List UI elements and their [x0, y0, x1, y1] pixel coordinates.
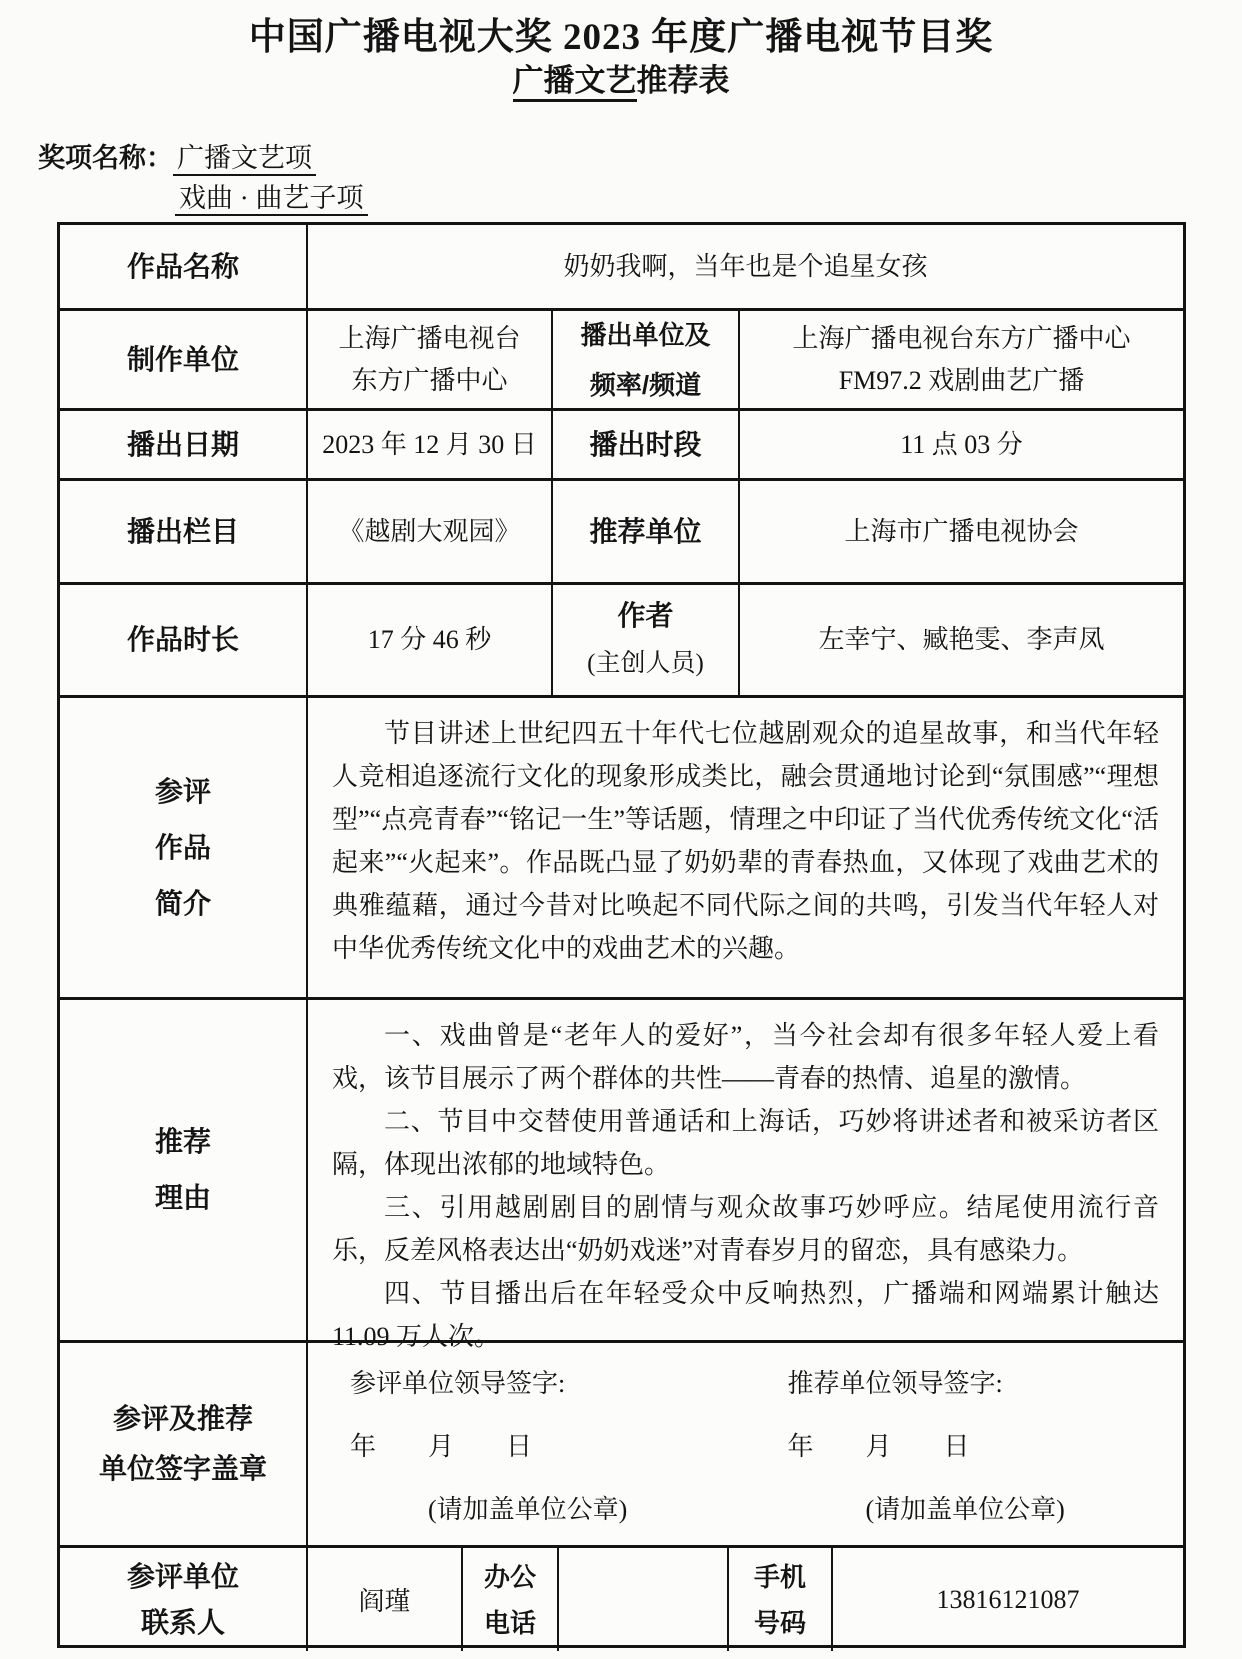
subtitle-rest-part: 推荐表 — [637, 63, 730, 98]
air-date-label-cell: 播出日期 — [60, 411, 306, 478]
broadcaster-value-cell: 上海广播电视台东方广播中心 FM97.2 戏剧曲艺广播 — [738, 311, 1183, 408]
producer-label: 制作单位 — [127, 336, 239, 384]
time-slot-value-cell: 11 点 03 分 — [738, 411, 1183, 478]
author-label: 作者 — [617, 599, 673, 633]
entrant-sign-label: 参评单位领导签字: — [350, 1363, 746, 1400]
table-row-air-date: 播出日期 2023 年 12 月 30 日 播出时段 11 点 03 分 — [60, 411, 1183, 481]
synopsis-label-line2: 作品 — [155, 820, 211, 876]
contact-label-line1: 参评单位 — [127, 1554, 239, 1600]
air-date-value-cell: 2023 年 12 月 30 日 — [306, 411, 551, 478]
contact-label-line2: 联系人 — [141, 1600, 225, 1646]
contact-name: 阎瑾 — [358, 1581, 410, 1618]
mobile-label: 手机 号码 — [754, 1554, 806, 1646]
mobile-value: 13816121087 — [937, 1585, 1080, 1615]
program-label: 播出栏目 — [127, 508, 239, 556]
air-date-value: 2023 年 12 月 30 日 — [322, 424, 537, 466]
work-title-label-cell: 作品名称 — [60, 225, 306, 308]
author-label-cell: 作者 (主创人员) — [551, 585, 738, 695]
reason-paragraph-1: 一、戏曲曾是“老年人的爱好”，当今社会却有很多年轻人爱上看戏，该节目展示了两个群… — [332, 1014, 1159, 1100]
authors-value: 左幸宁、臧艳雯、李声凤 — [818, 619, 1104, 661]
award-name-block: 奖项名称：广播文艺项 戏曲 · 曲艺子项 — [38, 138, 368, 218]
table-row-program: 播出栏目 《越剧大观园》 推荐单位 上海市广播电视协会 — [60, 481, 1183, 585]
reasons-label-line1: 推荐 — [155, 1114, 211, 1170]
table-row-signature: 参评及推荐 单位签字盖章 参评单位领导签字: 年 月 日 (请加盖单位公章) 推… — [60, 1343, 1183, 1548]
signature-label-cell: 参评及推荐 单位签字盖章 — [60, 1343, 306, 1545]
author-sub-label: (主创人员) — [587, 647, 704, 681]
recommender-value-cell: 上海市广播电视协会 — [738, 481, 1183, 582]
award-name-value2: 戏曲 · 曲艺子项 — [175, 183, 368, 216]
broadcaster-label: 播出单位及 频率/频道 — [580, 310, 710, 410]
synopsis-label-line1: 参评 — [155, 764, 211, 820]
program-value-cell: 《越剧大观园》 — [306, 481, 551, 582]
award-name-line1: 奖项名称：广播文艺项 — [38, 138, 368, 178]
recommender-sign-label: 推荐单位领导签字: — [788, 1363, 1184, 1400]
reasons-label-cell: 推荐 理由 — [60, 1000, 306, 1340]
duration-label: 作品时长 — [127, 616, 239, 664]
time-slot-label-cell: 播出时段 — [551, 411, 738, 478]
signature-content-cell: 参评单位领导签字: 年 月 日 (请加盖单位公章) 推荐单位领导签字: 年 月 … — [306, 1343, 1183, 1545]
recommender-seal-note: (请加盖单位公章) — [866, 1489, 1184, 1526]
office-phone-label-cell: 办公 电话 — [461, 1548, 557, 1651]
work-title-value: 奶奶我啊，当年也是个追星女孩 — [563, 246, 927, 288]
producer-value-cell: 上海广播电视台 东方广播中心 — [306, 311, 551, 408]
work-title-label: 作品名称 — [127, 243, 239, 291]
air-date-label: 播出日期 — [127, 421, 239, 469]
recommender-label-cell: 推荐单位 — [551, 481, 738, 582]
reasons-label-line2: 理由 — [155, 1170, 211, 1226]
authors-value-cell: 左幸宁、臧艳雯、李声凤 — [738, 585, 1183, 695]
duration-value: 17 分 46 秒 — [368, 619, 492, 661]
mobile-value-cell: 13816121087 — [831, 1548, 1183, 1651]
signature-label-line1: 参评及推荐 — [113, 1394, 253, 1444]
entrant-signature-column: 参评单位领导签字: 年 月 日 (请加盖单位公章) — [308, 1343, 746, 1545]
table-row-reasons: 推荐 理由 一、戏曲曾是“老年人的爱好”，当今社会却有很多年轻人爱上看戏，该节目… — [60, 1000, 1183, 1343]
synopsis-text: 节目讲述上世纪四五十年代七位越剧观众的追星故事，和当代年轻人竞相追逐流行文化的现… — [332, 712, 1159, 970]
signature-label-line2: 单位签字盖章 — [99, 1444, 267, 1494]
duration-label-cell: 作品时长 — [60, 585, 306, 695]
recommender-date-label: 年 月 日 — [788, 1426, 1184, 1463]
program-label-cell: 播出栏目 — [60, 481, 306, 582]
subtitle-underlined-part: 广播文艺 — [513, 63, 637, 102]
reason-paragraph-3: 三、引用越剧剧目的剧情与观众故事巧妙呼应。结尾使用流行音乐，反差风格表达出“奶奶… — [332, 1186, 1159, 1272]
table-row-work-title: 作品名称 奶奶我啊，当年也是个追星女孩 — [60, 225, 1183, 311]
synopsis-label-cell: 参评 作品 简介 — [60, 698, 306, 997]
program-value: 《越剧大观园》 — [338, 511, 520, 553]
page-subtitle: 广播文艺推荐表 — [0, 55, 1242, 100]
office-phone-label: 办公 电话 — [484, 1554, 536, 1646]
table-row-duration: 作品时长 17 分 46 秒 作者 (主创人员) 左幸宁、臧艳雯、李声凤 — [60, 585, 1183, 698]
reason-paragraph-2: 二、节目中交替使用普通话和上海话，巧妙将讲述者和被采访者区隔，体现出浓郁的地域特… — [332, 1100, 1159, 1186]
contact-label-cell: 参评单位 联系人 — [60, 1548, 306, 1651]
broadcaster-label-cell: 播出单位及 频率/频道 — [551, 311, 738, 408]
time-slot-label: 播出时段 — [589, 421, 701, 469]
contact-name-cell: 阎瑾 — [306, 1548, 461, 1651]
award-name-line2: 戏曲 · 曲艺子项 — [175, 178, 368, 218]
table-row-contact: 参评单位 联系人 阎瑾 办公 电话 手机 号码 13816121087 — [60, 1548, 1183, 1651]
recommendation-form-table: 作品名称 奶奶我啊，当年也是个追星女孩 制作单位 上海广播电视台 东方广播中心 … — [57, 222, 1186, 1648]
mobile-label-cell: 手机 号码 — [727, 1548, 831, 1651]
entrant-date-label: 年 月 日 — [350, 1426, 746, 1463]
time-slot-value: 11 点 03 分 — [900, 424, 1023, 466]
table-row-synopsis: 参评 作品 简介 节目讲述上世纪四五十年代七位越剧观众的追星故事，和当代年轻人竞… — [60, 698, 1183, 1000]
synopsis-text-cell: 节目讲述上世纪四五十年代七位越剧观众的追星故事，和当代年轻人竞相追逐流行文化的现… — [306, 698, 1183, 997]
award-name-value1: 广播文艺项 — [173, 143, 316, 176]
recommender-signature-column: 推荐单位领导签字: 年 月 日 (请加盖单位公章) — [746, 1343, 1184, 1545]
reasons-text-cell: 一、戏曲曾是“老年人的爱好”，当今社会却有很多年轻人爱上看戏，该节目展示了两个群… — [306, 1000, 1183, 1340]
entrant-seal-note: (请加盖单位公章) — [428, 1489, 746, 1526]
duration-value-cell: 17 分 46 秒 — [306, 585, 551, 695]
table-row-producer: 制作单位 上海广播电视台 东方广播中心 播出单位及 频率/频道 上海广播电视台东… — [60, 311, 1183, 411]
synopsis-label-line3: 简介 — [155, 876, 211, 932]
award-name-label: 奖项名称： — [38, 143, 173, 173]
producer-label-cell: 制作单位 — [60, 311, 306, 408]
recommender-value: 上海市广播电视协会 — [844, 511, 1078, 553]
work-title-value-cell: 奶奶我啊，当年也是个追星女孩 — [306, 225, 1183, 308]
broadcaster-value: 上海广播电视台东方广播中心 FM97.2 戏剧曲艺广播 — [792, 318, 1130, 402]
producer-value: 上海广播电视台 东方广播中心 — [338, 318, 520, 402]
recommender-label: 推荐单位 — [589, 508, 701, 556]
office-phone-value-cell — [557, 1548, 727, 1651]
page-title: 中国广播电视大奖 2023 年度广播电视节目奖 — [0, 6, 1242, 60]
